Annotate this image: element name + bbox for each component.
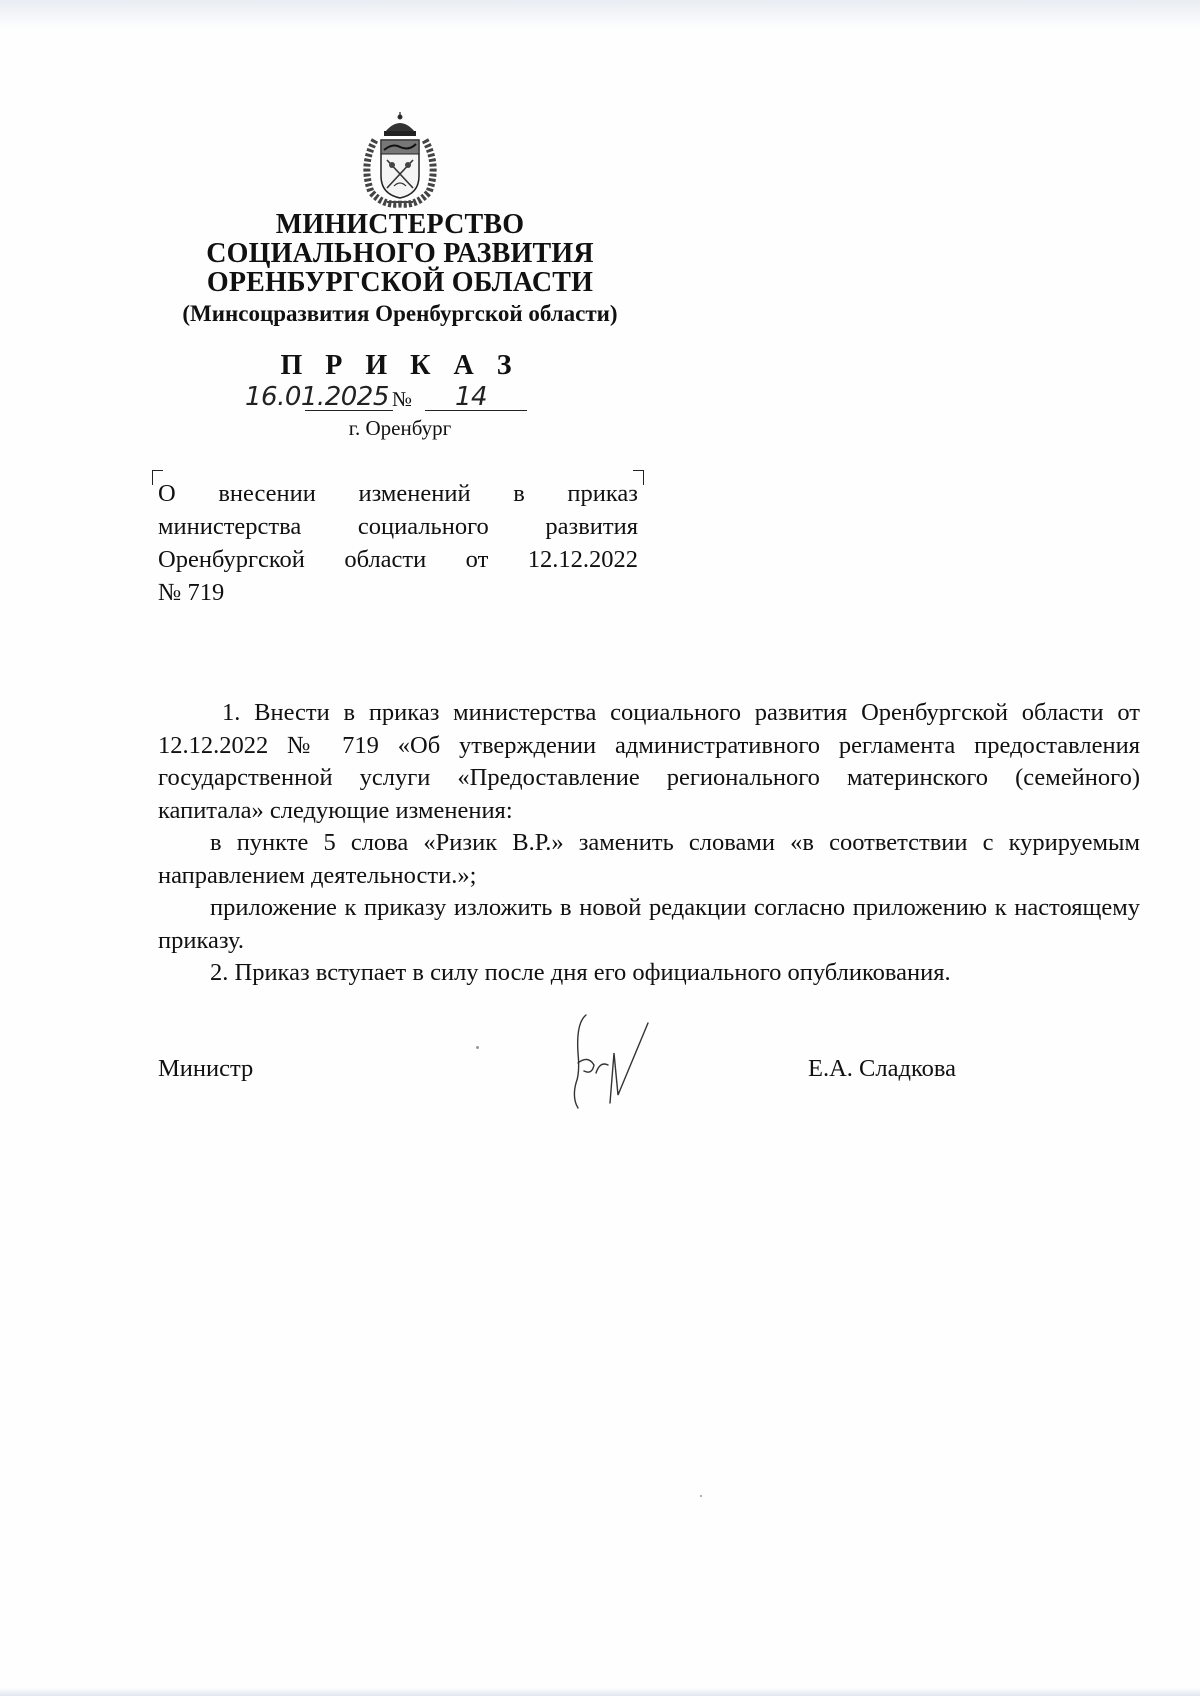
handwritten-number: 14 [455, 382, 487, 412]
subject-line: Оренбургской области от 12.12.2022 [158, 543, 638, 576]
header-line-region: ОРЕНБУРГСКОЙ ОБЛАСТИ [150, 268, 650, 297]
city-line: г. Оренбург [150, 416, 650, 441]
document-type-title: П Р И К А З [150, 350, 650, 382]
header-line-ministry: МИНИСТЕРСТВО [150, 210, 650, 239]
scan-edge-top [0, 0, 1200, 30]
order-body: 1. Внести в приказ министерства социальн… [158, 697, 1140, 990]
body-paragraph-1: 1. Внести в приказ министерства социальн… [158, 697, 1140, 827]
subject-block: О внесении изменений в приказ министерст… [158, 477, 638, 609]
scan-edge-bottom [0, 1688, 1200, 1696]
header-short-name: (Минсоцразвития Оренбургской области) [150, 297, 650, 330]
document-page: МИНИСТЕРСТВО СОЦИАЛЬНОГО РАЗВИТИЯ ОРЕНБУ… [0, 0, 1200, 1696]
date-underline [305, 410, 393, 411]
body-paragraph-4: 2. Приказ вступает в силу после дня его … [158, 957, 1140, 990]
coat-of-arms-icon [357, 110, 443, 210]
body-paragraph-3: приложение к приказу изложить в новой ре… [158, 892, 1140, 957]
scan-speck [700, 1495, 702, 1497]
number-sign: № [392, 387, 412, 412]
ministry-header: МИНИСТЕРСТВО СОЦИАЛЬНОГО РАЗВИТИЯ ОРЕНБУ… [150, 210, 650, 330]
signature-block: Министр Е.А. Сладкова [158, 1055, 988, 1115]
signatory-name: Е.А. Сладкова [808, 1055, 956, 1083]
date-number-line: 16.01.2025 № 14 [245, 382, 545, 414]
body-paragraph-2: в пункте 5 слова «Ризик В.Р.» заменить с… [158, 827, 1140, 892]
signatory-title: Министр [158, 1055, 253, 1083]
subject-line: № 719 [158, 576, 638, 609]
header-line-social-development: СОЦИАЛЬНОГО РАЗВИТИЯ [150, 239, 650, 268]
handwritten-signature-icon [548, 1003, 668, 1113]
handwritten-date: 16.01.2025 [245, 382, 389, 412]
scan-speck [476, 1046, 479, 1049]
subject-line: О внесении изменений в приказ [158, 477, 638, 510]
subject-line: министерства социального развития [158, 510, 638, 543]
